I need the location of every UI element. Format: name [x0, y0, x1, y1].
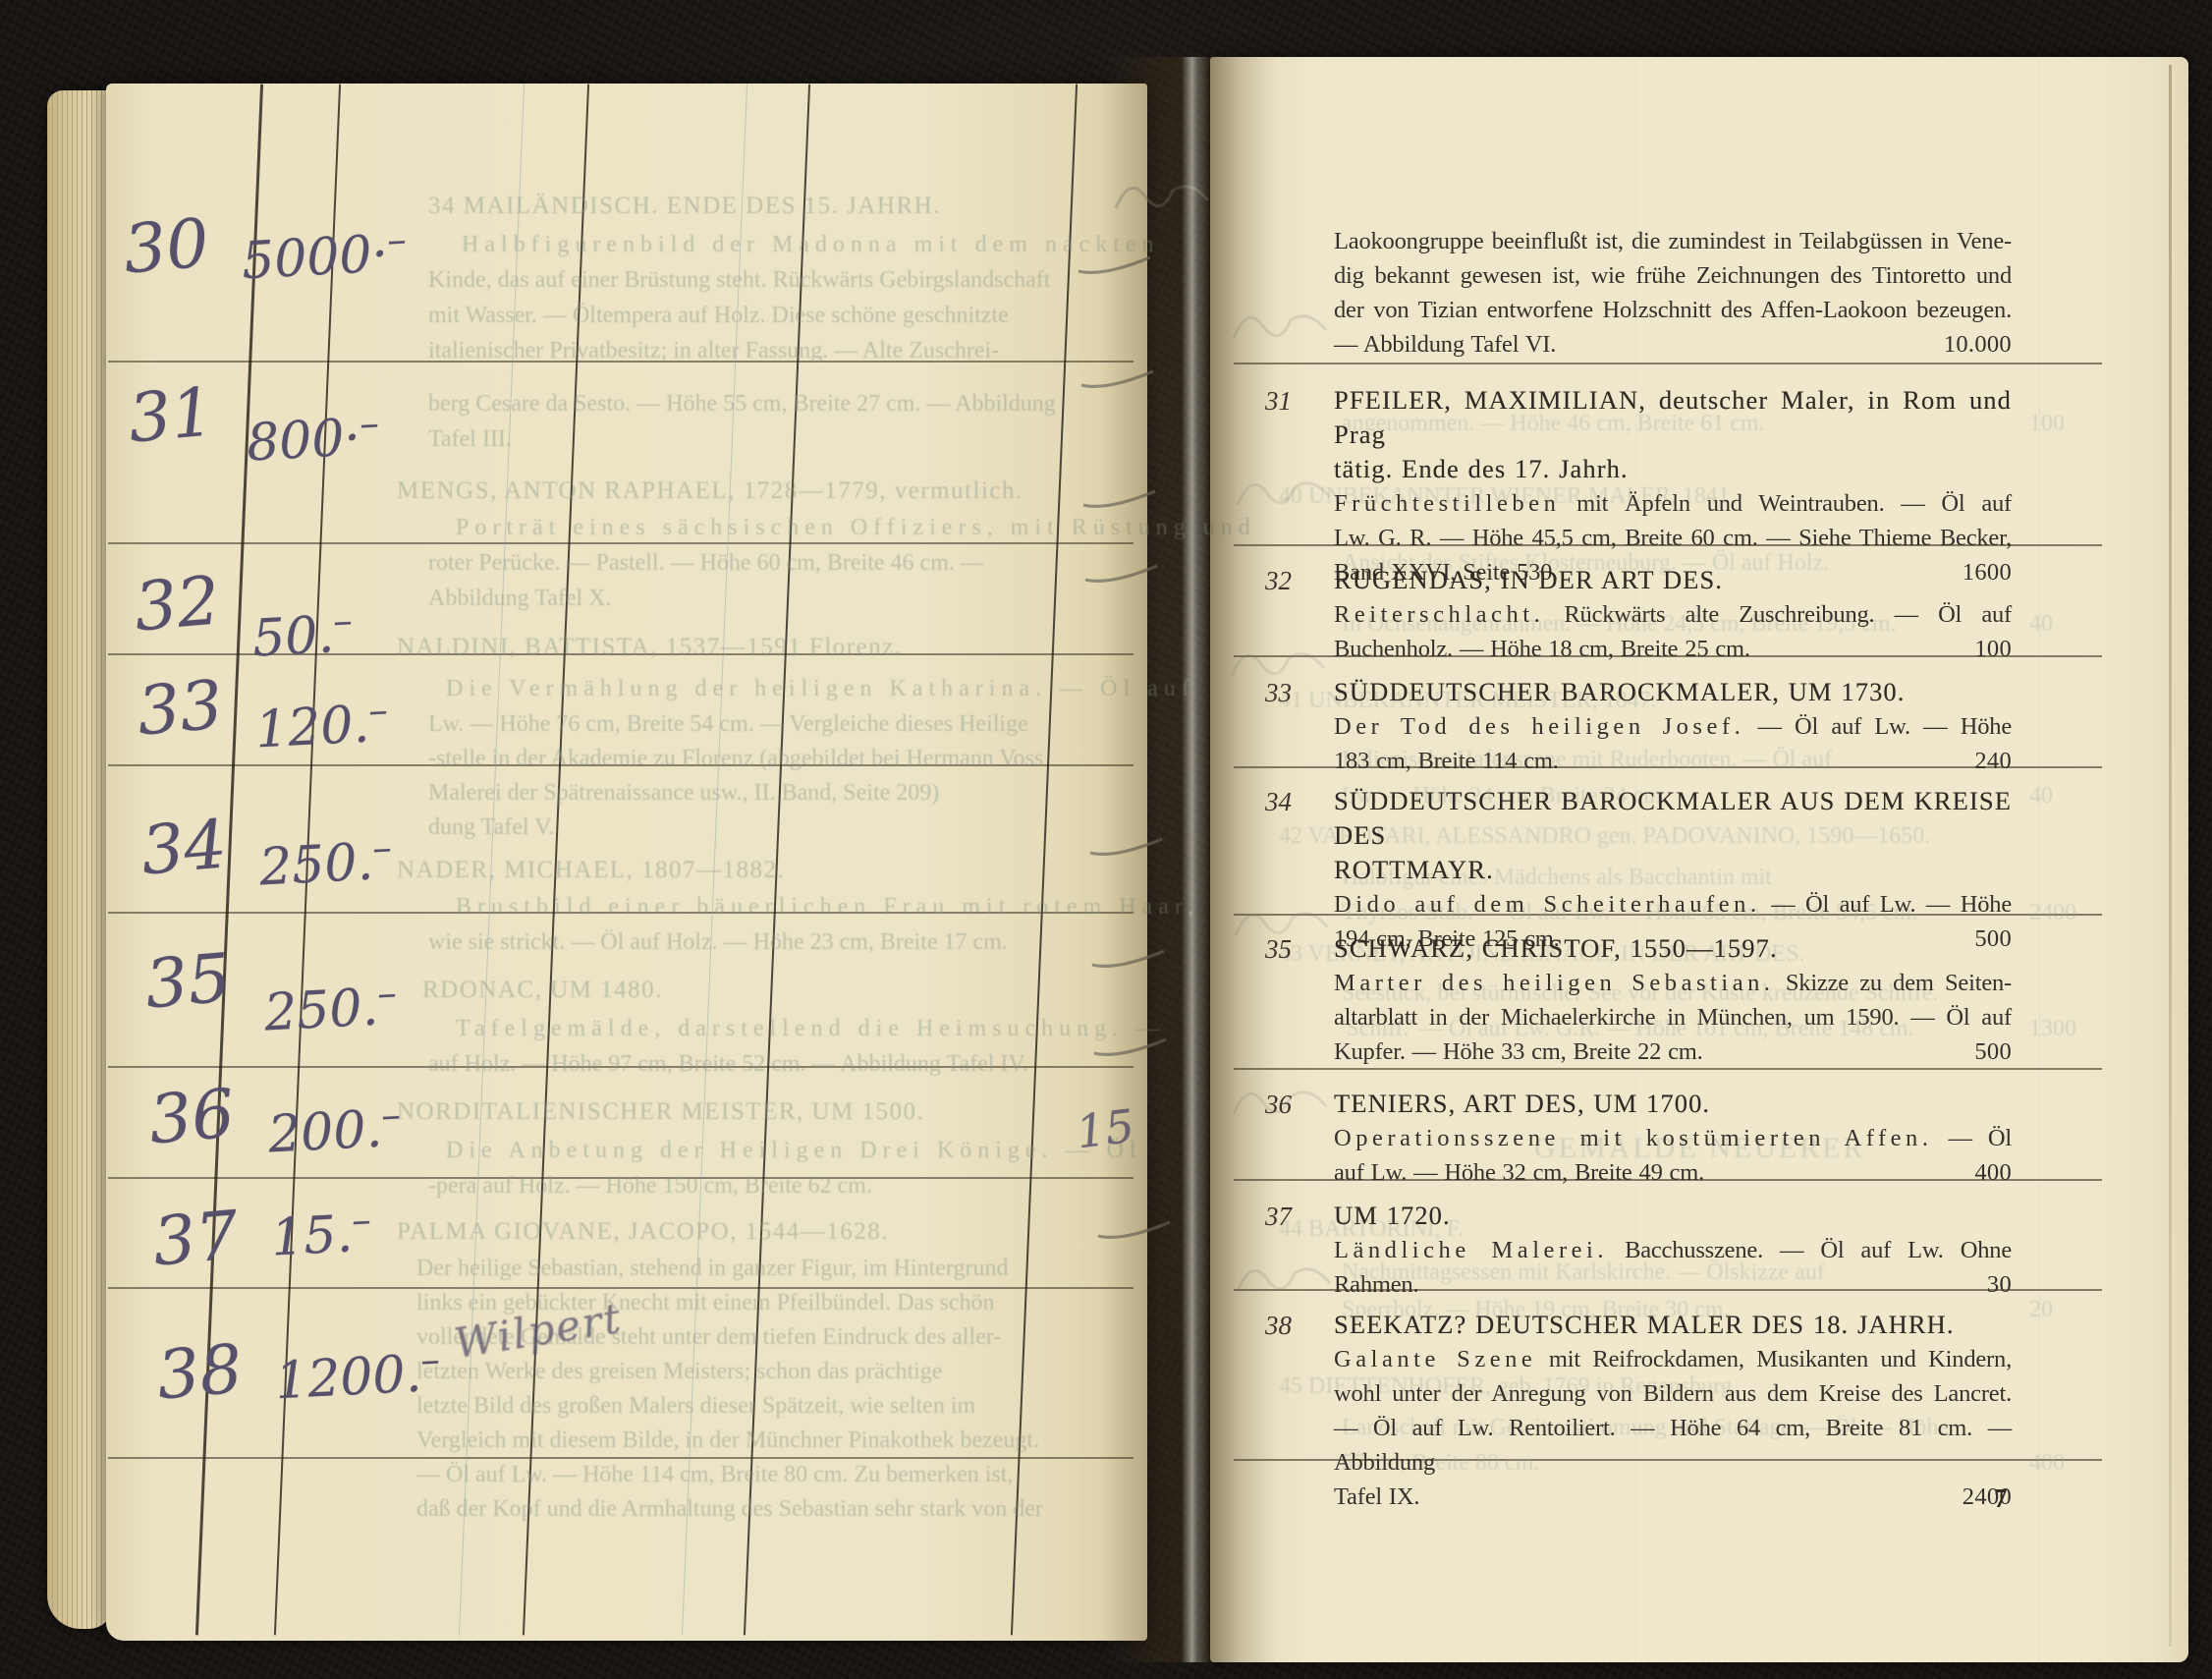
entry-text: TENIERS, ART DES, UM 1700.	[1334, 1089, 1710, 1118]
entry-heading-line: UM 1720.	[1334, 1199, 2012, 1233]
scanned-book-spread: 34 MAILÄNDISCH. ENDE DES 15. JAHRH.Halbf…	[0, 0, 2212, 1679]
artwork-title-letterspaced: Reiterschlacht.	[1334, 601, 1544, 628]
entry-text: tätig. Ende des 17. Jahrh.	[1334, 454, 1629, 483]
page-number: 7	[1994, 1483, 2008, 1514]
entry-body-line: 2400Tafel IX.	[1334, 1480, 2012, 1514]
lot-number-handwritten: 33	[134, 666, 225, 751]
entry-price: 10.000	[1944, 327, 2012, 362]
entry-text: Tafel IX.	[1334, 1483, 1419, 1510]
price-dash: –	[367, 689, 389, 734]
price-handwritten: 1200.–	[273, 1338, 442, 1412]
artwork-title-letterspaced: Galante Szene	[1334, 1346, 1536, 1372]
entry-body-line: 10.000— Abbildung Tafel VI.	[1334, 327, 2012, 362]
pencil-tick-icon	[1078, 365, 1157, 396]
entry-heading-line: SCHWARZ, CHRISTOF, 1550—1597.	[1334, 931, 2012, 966]
price-handwritten: 5000·–	[240, 218, 409, 292]
artwork-title-letterspaced: Früchtestilleben	[1334, 490, 1560, 517]
entry-text: Buchenholz. — Höhe 18 cm, Breite 25 cm.	[1334, 636, 1750, 662]
catalog-entry: 36TENIERS, ART DES, UM 1700.Operationssz…	[1334, 1087, 2012, 1190]
catalog-entry: 31PFEILER, MAXIMILIAN, deutscher Maler, …	[1334, 383, 2012, 589]
entry-body-line: Operationsszene mit kostümierten Affen. …	[1334, 1121, 2012, 1155]
entry-price: 30	[1987, 1267, 2012, 1302]
entry-text: Kupfer. — Höhe 33 cm, Breite 22 cm.	[1334, 1038, 1703, 1065]
price-dash: –	[351, 1198, 372, 1243]
entry-price: 400	[1974, 1155, 2012, 1190]
price-handwritten: 50.–	[251, 598, 356, 668]
lot-number-handwritten: 38	[154, 1330, 246, 1415]
entry-number: 35	[1265, 934, 1292, 965]
entry-text: Laokoongruppe beeinflußt ist, die zumind…	[1334, 228, 2012, 254]
lot-number-handwritten: 35	[142, 939, 234, 1024]
entry-body-line: Galante Szene mit Reifrockdamen, Musikan…	[1334, 1342, 2012, 1376]
pencil-tick-icon	[1076, 252, 1154, 282]
pencil-tick-icon	[1082, 560, 1161, 590]
entry-text: altarblatt in der Michaelerkirche in Mün…	[1334, 1004, 2012, 1031]
entry-text: UM 1720.	[1334, 1201, 1451, 1230]
entry-body-line: Der Tod des heiligen Josef. — Öl auf Lw.…	[1334, 709, 2012, 744]
price-handwritten: 15.–	[269, 1198, 373, 1267]
entry-text: Lw. G. R. — Höhe 45,5 cm, Breite 60 cm. …	[1334, 525, 2012, 551]
entry-price: 240	[1974, 744, 2012, 778]
entry-number: 33	[1265, 678, 1292, 708]
entry-text: — Öl auf Lw. — Höhe	[1744, 713, 2012, 740]
pencil-tick-icon	[1087, 833, 1166, 864]
entry-body-line: Früchtestilleben mit Äpfeln und Weintrau…	[1334, 486, 2012, 521]
entry-text: SEEKATZ? DEUTSCHER MALER DES 18. JAHRH.	[1334, 1310, 1955, 1339]
price-dash: –	[332, 598, 354, 644]
price-handwritten: 200.–	[266, 1093, 403, 1165]
price-dash: –	[419, 1338, 441, 1383]
price-dash: –	[386, 218, 408, 263]
entry-text: Rahmen.	[1334, 1271, 1418, 1298]
entry-heading-line: tätig. Ende des 17. Jahrh.	[1334, 452, 2012, 486]
entry-heading-line: TENIERS, ART DES, UM 1700.	[1334, 1087, 2012, 1121]
artwork-title-letterspaced: Ländliche Malerei.	[1334, 1237, 1608, 1263]
entry-body-line: 100Buchenholz. — Höhe 18 cm, Breite 25 c…	[1334, 632, 2012, 666]
pencil-tick-icon	[1091, 1034, 1170, 1064]
catalog-entry: Laokoongruppe beeinflußt ist, die zumind…	[1334, 224, 2012, 362]
price-dash: –	[371, 826, 393, 871]
entry-body-line: 240183 cm, Breite 114 cm.	[1334, 744, 2012, 778]
pencil-squiggle-icon	[1108, 157, 1216, 241]
price-dash: –	[376, 972, 398, 1017]
entry-text: der von Tizian entworfene Holzschnitt de…	[1334, 297, 2012, 323]
entry-body-line: Lw. G. R. — Höhe 45,5 cm, Breite 60 cm. …	[1334, 521, 2012, 555]
entry-text: Skizze zu dem Seiten-	[1775, 970, 2012, 996]
entry-body-line: Marter des heiligen Sebastian. Skizze zu…	[1334, 966, 2012, 1000]
entry-text: SCHWARZ, CHRISTOF, 1550—1597.	[1334, 933, 1778, 963]
entry-text: — Abbildung Tafel VI.	[1334, 331, 1556, 358]
entry-number: 37	[1265, 1202, 1292, 1232]
entry-text: dig bekannt gewesen ist, wie frühe Zeich…	[1334, 262, 2012, 289]
artwork-title-letterspaced: Dido auf dem Scheiterhaufen.	[1334, 891, 1761, 918]
price-handwritten: 250.–	[262, 972, 399, 1043]
entry-number: 31	[1265, 386, 1292, 417]
entry-heading-line: SÜDDEUTSCHER BAROCKMALER AUS DEM KREISE …	[1334, 784, 2012, 853]
lot-number-handwritten: 32	[131, 562, 222, 646]
entry-text: Bacchusszene. — Öl auf Lw. Ohne	[1608, 1237, 2012, 1263]
lot-number-handwritten: 34	[138, 806, 230, 890]
entry-body-line: Laokoongruppe beeinflußt ist, die zumind…	[1334, 224, 2012, 258]
entry-heading-line: ROTTMAYR.	[1334, 853, 2012, 887]
entry-price: 100	[1974, 632, 2012, 666]
margin-note-handwritten: 15	[1074, 1099, 1137, 1159]
lot-number-handwritten: 30	[120, 204, 211, 289]
entry-body-line: 400auf Lw. — Höhe 32 cm, Breite 49 cm.	[1334, 1155, 2012, 1190]
entry-text: PFEILER, MAXIMILIAN, deutscher Maler, in…	[1334, 385, 2012, 449]
entry-body-line: altarblatt in der Michaelerkirche in Mün…	[1334, 1000, 2012, 1035]
catalog-entry: 34SÜDDEUTSCHER BAROCKMALER AUS DEM KREIS…	[1334, 784, 2012, 956]
entry-body-line: dig bekannt gewesen ist, wie frühe Zeich…	[1334, 258, 2012, 293]
artwork-title-letterspaced: Der Tod des heiligen Josef.	[1334, 713, 1744, 740]
entry-text: — Öl	[1932, 1125, 2012, 1151]
entry-body-line: 500Kupfer. — Höhe 33 cm, Breite 22 cm.	[1334, 1035, 2012, 1069]
entry-text: SÜDDEUTSCHER BAROCKMALER, UM 1730.	[1334, 677, 1906, 706]
catalog-entry: 32RUGENDAS, IN DER ART DES.Reiterschlach…	[1334, 563, 2012, 666]
entry-heading-line: PFEILER, MAXIMILIAN, deutscher Maler, in…	[1334, 383, 2012, 452]
catalog-entry: 33SÜDDEUTSCHER BAROCKMALER, UM 1730.Der …	[1334, 675, 2012, 778]
entry-text: auf Lw. — Höhe 32 cm, Breite 49 cm.	[1334, 1159, 1704, 1186]
pencil-squiggle-icon	[1230, 454, 1338, 537]
pencil-squiggle-icon	[1226, 287, 1334, 370]
entry-heading-line: RUGENDAS, IN DER ART DES.	[1334, 563, 2012, 597]
entry-body-line: der von Tizian entworfene Holzschnitt de…	[1334, 293, 2012, 327]
entry-body-line: — Öl auf Lw. Rentoiliert. — Höhe 64 cm, …	[1334, 1411, 2012, 1480]
pencil-tick-icon	[1095, 1216, 1174, 1247]
entry-body-line: wohl unter der Anregung von Bildern aus …	[1334, 1376, 2012, 1411]
artwork-title-letterspaced: Operationsszene mit kostümierten Affen.	[1334, 1125, 1932, 1151]
entry-heading-line: SEEKATZ? DEUTSCHER MALER DES 18. JAHRH.	[1334, 1308, 2012, 1342]
entry-text: — Öl auf Lw. Rentoiliert. — Höhe 64 cm, …	[1334, 1415, 2012, 1476]
page-edge-stack	[47, 90, 114, 1629]
entry-text: SÜDDEUTSCHER BAROCKMALER AUS DEM KREISE …	[1334, 786, 2012, 850]
entry-text: 183 cm, Breite 114 cm.	[1334, 748, 1559, 774]
entry-text: RUGENDAS, IN DER ART DES.	[1334, 565, 1723, 594]
catalog-entry: 37UM 1720.Ländliche Malerei. Bacchusszen…	[1334, 1199, 2012, 1302]
catalog-entry: 35SCHWARZ, CHRISTOF, 1550—1597.Marter de…	[1334, 931, 2012, 1069]
catalog-entry: 38SEEKATZ? DEUTSCHER MALER DES 18. JAHRH…	[1334, 1308, 2012, 1514]
pencil-tick-icon	[1089, 945, 1168, 976]
entry-number: 34	[1265, 787, 1292, 817]
entry-text: wohl unter der Anregung von Bildern aus …	[1334, 1380, 2012, 1407]
price-handwritten: 250.–	[258, 826, 395, 898]
entry-text: ROTTMAYR.	[1334, 855, 1494, 884]
price-handwritten: 120.–	[254, 689, 391, 760]
pencil-tick-icon	[1080, 485, 1159, 516]
price-dash: –	[380, 1093, 402, 1139]
entry-number: 32	[1265, 566, 1292, 596]
lot-number-handwritten: 36	[146, 1075, 238, 1159]
entry-text: Rückwärts alte Zuschreibung. — Öl auf	[1544, 601, 2012, 628]
entry-number: 38	[1265, 1311, 1292, 1341]
entry-text: — Öl auf Lw. — Höhe	[1761, 891, 2012, 918]
lot-number-handwritten: 37	[150, 1197, 242, 1281]
entry-text: mit Äpfeln und Weintrauben. — Öl auf	[1560, 490, 2012, 517]
entry-body-line: Dido auf dem Scheiterhaufen. — Öl auf Lw…	[1334, 887, 2012, 922]
entry-text: mit Reifrockdamen, Musikanten und Kinder…	[1536, 1346, 2012, 1372]
entry-body-line: Ländliche Malerei. Bacchusszene. — Öl au…	[1334, 1233, 2012, 1267]
price-handwritten: 800·–	[246, 402, 382, 474]
lot-number-handwritten: 31	[126, 373, 217, 458]
entry-price: 500	[1974, 1035, 2012, 1069]
artwork-title-letterspaced: Marter des heiligen Sebastian.	[1334, 970, 1775, 996]
right-page-edge	[2169, 65, 2172, 1647]
entry-body-line: Reiterschlacht. Rückwärts alte Zuschreib…	[1334, 597, 2012, 632]
entry-heading-line: SÜDDEUTSCHER BAROCKMALER, UM 1730.	[1334, 675, 2012, 709]
entry-body-line: 30Rahmen.	[1334, 1267, 2012, 1302]
entry-number: 36	[1265, 1090, 1292, 1120]
price-dash: –	[359, 402, 380, 447]
